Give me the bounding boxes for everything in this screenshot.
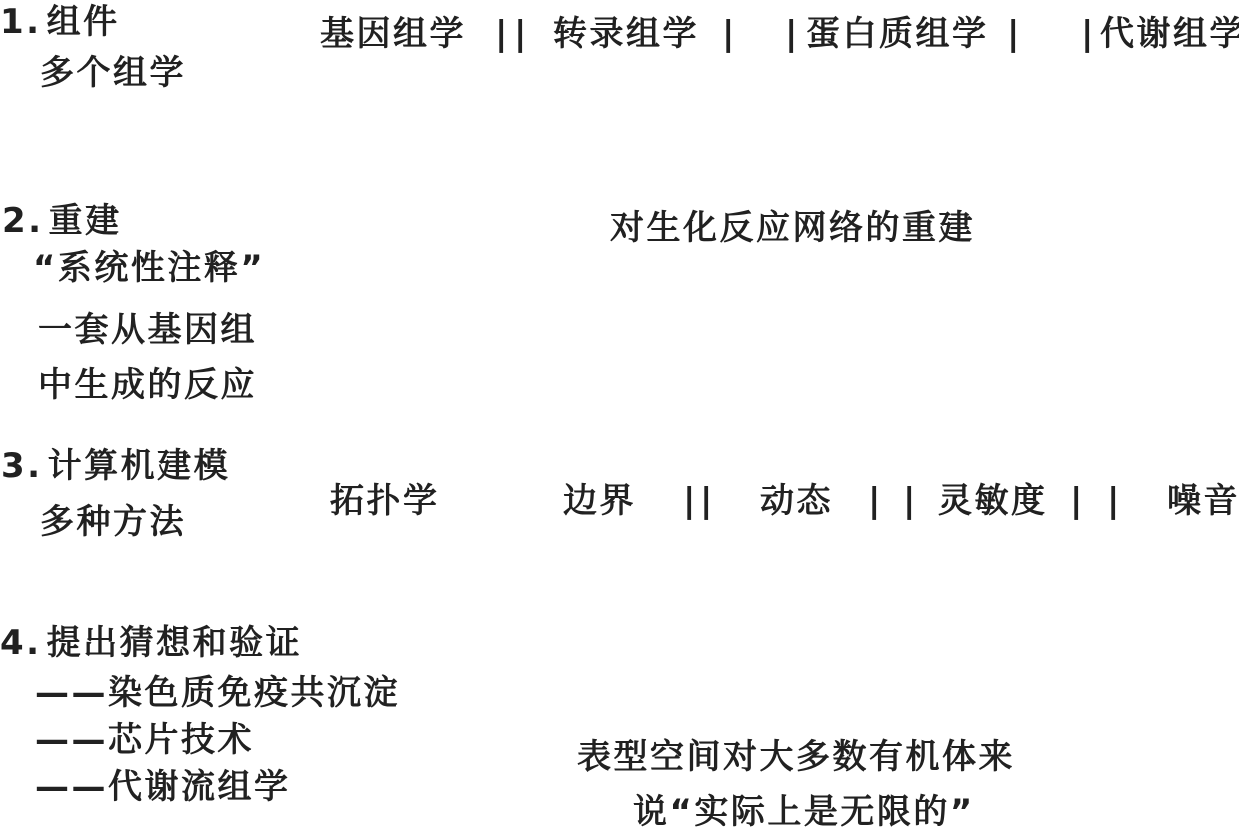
separator-bar: | (683, 484, 695, 520)
section-2-title: 重建 (49, 201, 122, 241)
method-term-dynamics: 动态 (760, 484, 833, 520)
phenotype-note-line-1: 表型空间对大多数有机体来 (577, 740, 1015, 776)
separator-bar: | (495, 17, 507, 53)
section-2-heading: 2.重建 (2, 204, 122, 240)
section-4-line-chip-immunoprecipitation: ——染色质免疫共沉淀 (35, 676, 400, 712)
separator-bar: | (1107, 484, 1119, 520)
separator-bar: | (514, 17, 526, 53)
section-4-line-chip-technology: ——芯片技术 (35, 723, 254, 759)
separator-bar: | (868, 484, 880, 520)
method-term-sensitivity: 灵敏度 (938, 484, 1048, 520)
section-4-heading: 4.提出猜想和验证 (0, 626, 302, 662)
section-4-title: 提出猜想和验证 (47, 623, 303, 663)
section-3-number: 3. (1, 446, 43, 486)
method-term-noise: 噪音 (1167, 484, 1239, 520)
separator-bar: | (1070, 484, 1082, 520)
section-4-number: 4. (0, 623, 42, 663)
section-4-line-fluxomics: ——代谢流组学 (35, 770, 291, 806)
section-3-heading: 3.计算机建模 (1, 449, 230, 485)
reconstruction-note: 对生化反应网络的重建 (610, 211, 975, 247)
separator-bar: | (1081, 17, 1093, 53)
section-2-number: 2. (2, 201, 44, 241)
separator-bar: | (1007, 17, 1019, 53)
method-term-boundary: 边界 (563, 484, 636, 520)
separator-bar: | (722, 17, 734, 53)
phenotype-note-line-2: 说“实际上是无限的” (633, 795, 975, 831)
omics-term-genomics: 基因组学 (320, 17, 466, 53)
section-1-heading: 1.组件 (0, 5, 120, 41)
method-term-topology: 拓扑学 (330, 484, 440, 520)
section-2-line-systematic-annotation: “系统性注释” (33, 251, 265, 287)
section-2-line-generated-reactions: 中生成的反应 (38, 368, 257, 404)
omics-term-transcriptomics: 转录组学 (553, 17, 699, 53)
separator-bar: | (785, 17, 797, 53)
notes-page: 1.组件 多个组学 基因组学 | | 转录组学 | | 蛋白质组学 | | 代谢… (0, 0, 1239, 834)
separator-bar: | (700, 484, 712, 520)
omics-term-metabolomics: 代谢组学 (1100, 17, 1239, 53)
section-2-line-set-from-genome: 一套从基因组 (38, 313, 257, 349)
section-3-line-multiple-methods: 多种方法 (40, 505, 186, 541)
omics-term-proteomics: 蛋白质组学 (806, 17, 989, 53)
section-1-line-multi-omics: 多个组学 (40, 56, 186, 92)
separator-bar: | (903, 484, 915, 520)
section-3-title: 计算机建模 (48, 446, 231, 486)
section-1-number: 1. (0, 2, 42, 42)
section-1-title: 组件 (47, 2, 120, 42)
